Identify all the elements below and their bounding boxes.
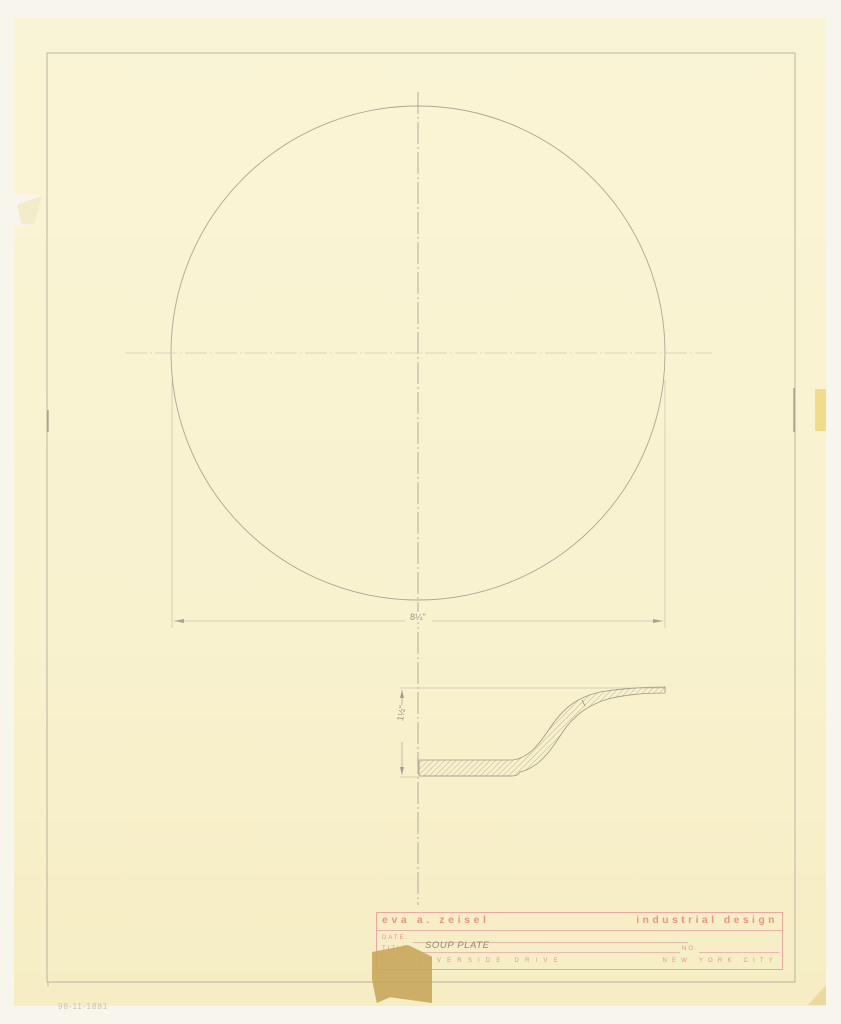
firm-tagline: industrial design <box>636 914 778 926</box>
technical-drawing <box>0 0 841 1024</box>
date-label: DATE: <box>382 935 409 941</box>
number-field-line <box>699 952 779 953</box>
arrow-right-icon <box>653 619 663 623</box>
title-value: SOUP PLATE <box>425 940 490 951</box>
title-block-header: eva a. zeisel industrial design <box>377 913 782 931</box>
number-label: NO. <box>682 946 699 952</box>
title-block: eva a. zeisel industrial design DATE: TI… <box>376 912 783 970</box>
city: NEW YORK CITY <box>663 958 779 964</box>
tape-strip-bottom <box>372 945 432 1003</box>
archive-stamp: 98-11-1881 <box>58 1002 108 1011</box>
arrow-up-icon <box>400 690 404 698</box>
arrow-down-icon <box>400 767 404 775</box>
title-field-line <box>417 952 680 953</box>
firm-name: eva a. zeisel <box>382 914 490 926</box>
plate-section-profile <box>419 687 665 776</box>
drawing-border <box>47 53 795 982</box>
diameter-label: 8¼" <box>408 612 428 622</box>
arrow-left-icon <box>174 619 184 623</box>
